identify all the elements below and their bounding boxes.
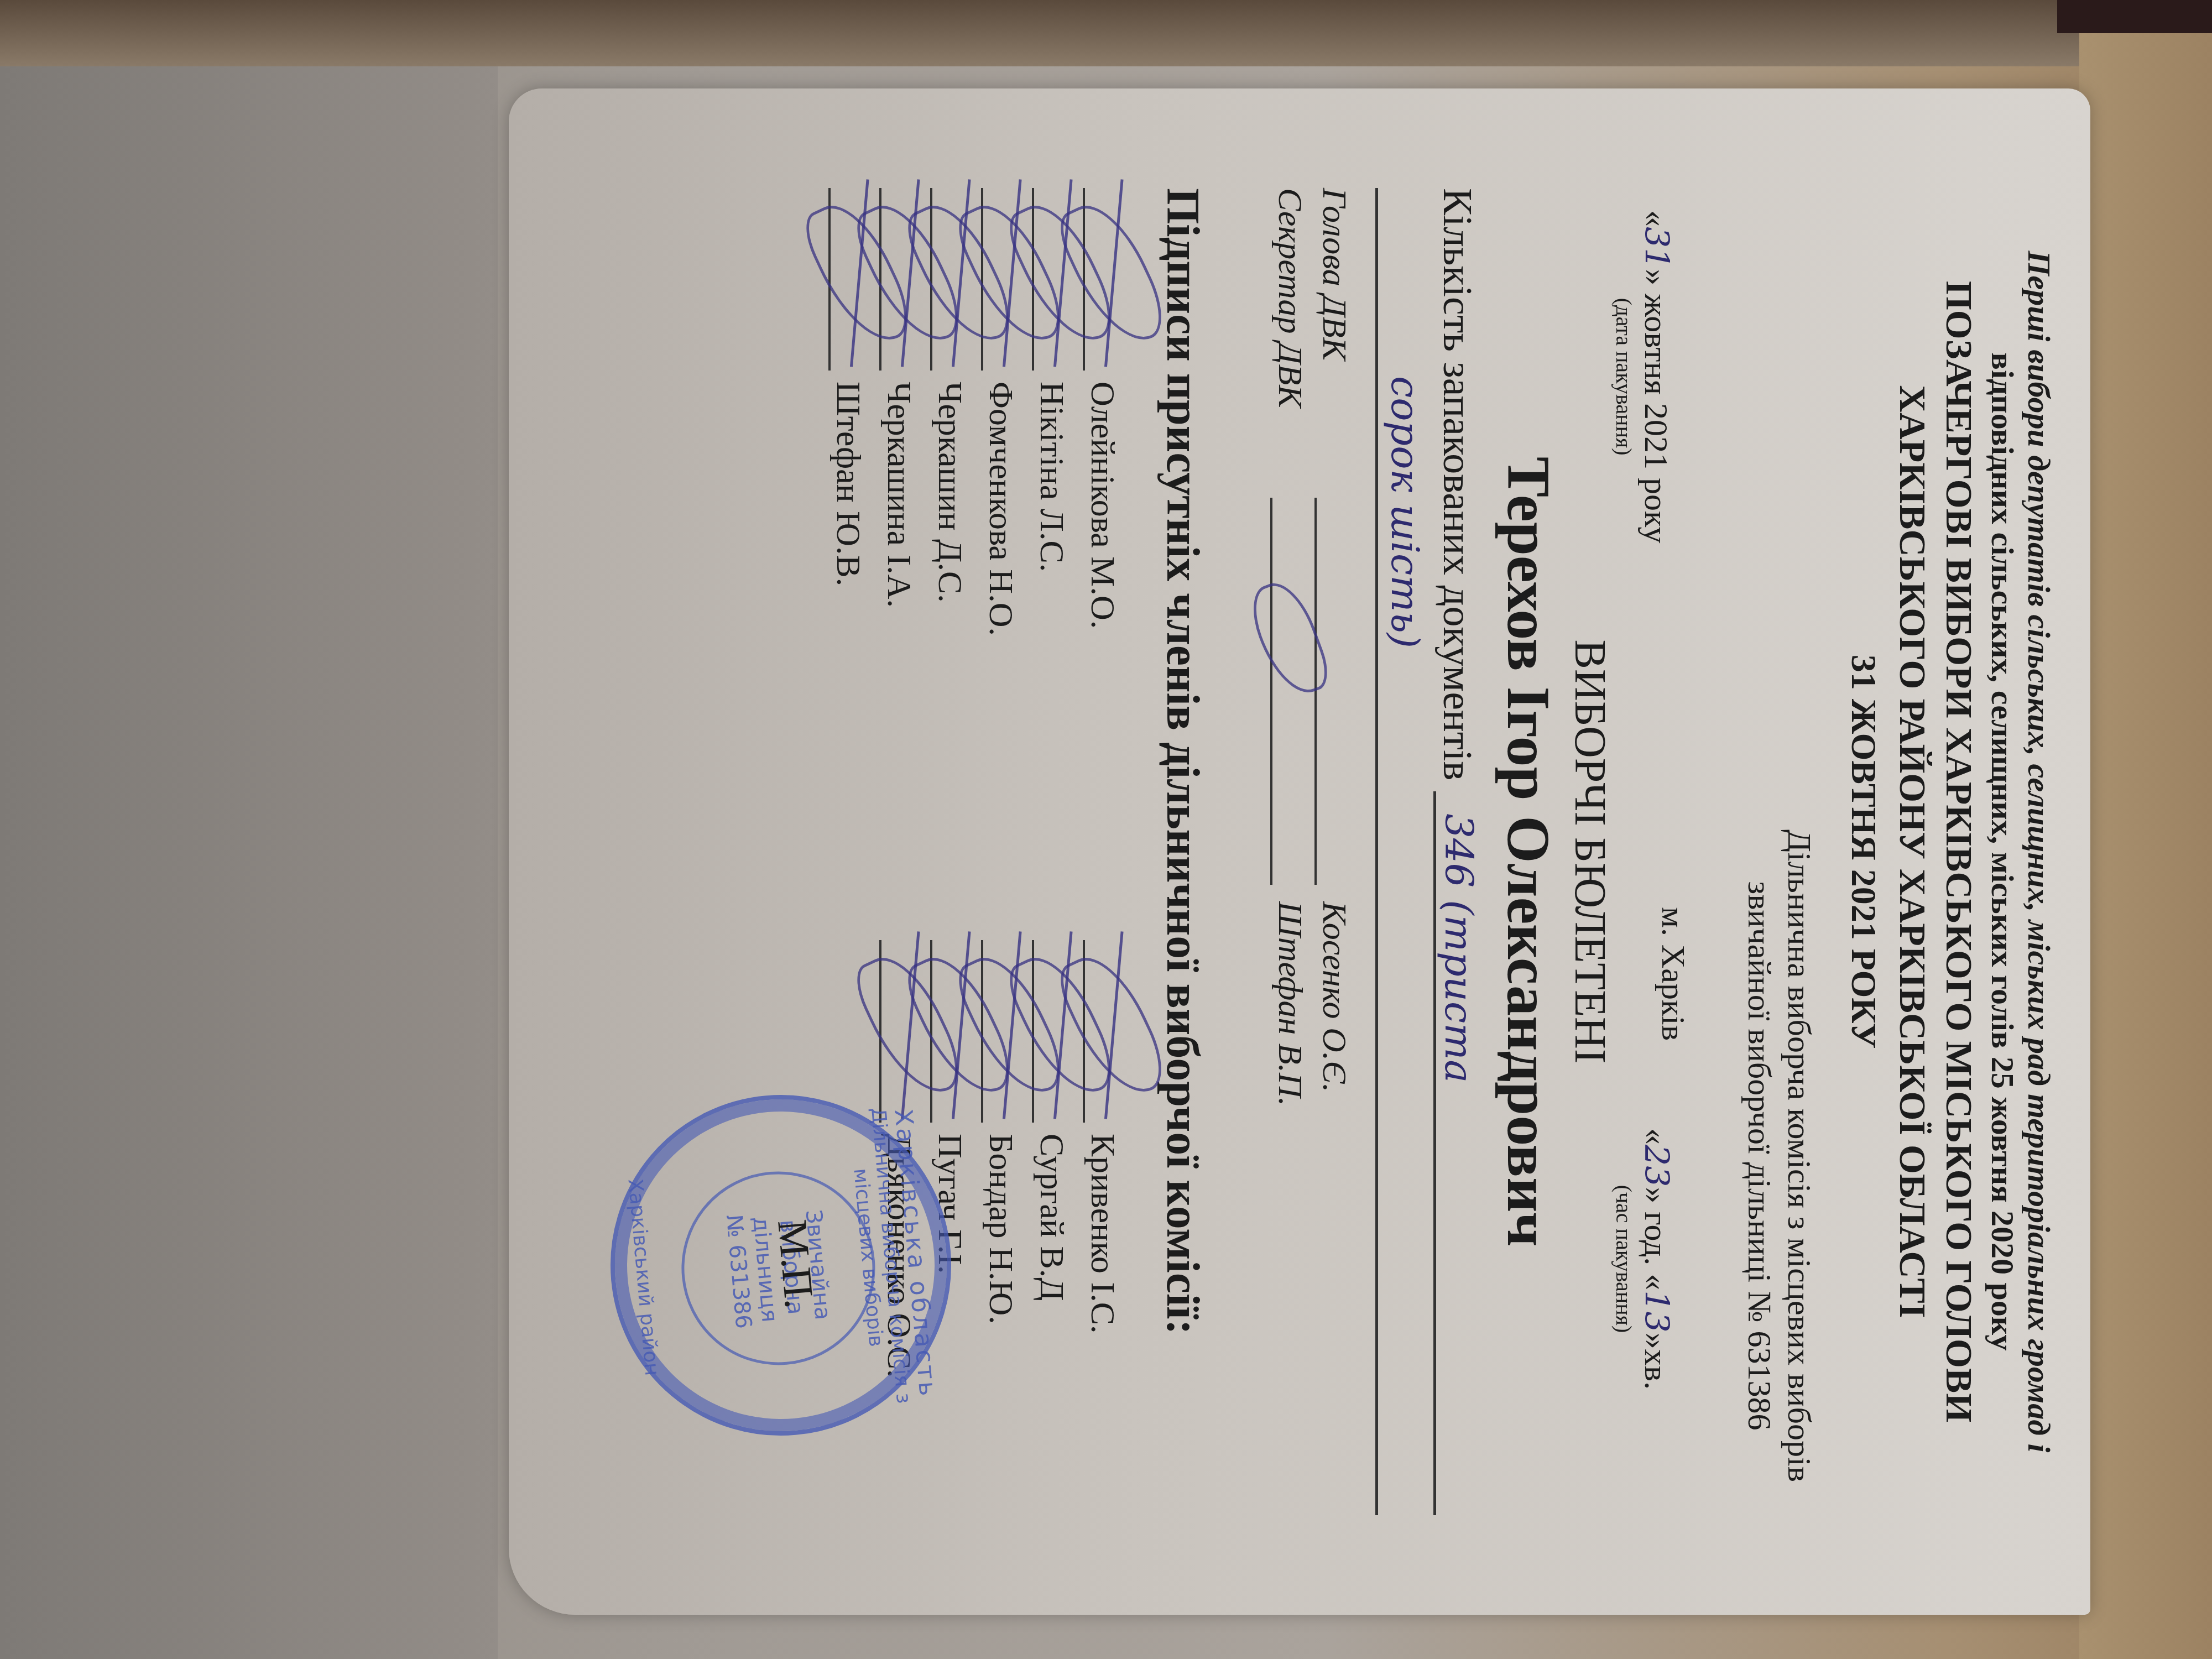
member-name: Нікітіна Л.С.	[1032, 382, 1071, 572]
header-line-1: Перші вибори депутатів сільських, селищн…	[2021, 188, 2057, 1515]
member-name: Фомченкова Н.О.	[981, 382, 1020, 636]
plastic-wrap-left	[0, 66, 498, 1659]
time-minute-label: хв.	[1638, 1349, 1674, 1390]
member-name: Бондар Н.Ю.	[981, 1134, 1020, 1324]
time-hour-handwritten: 23	[1637, 1145, 1676, 1187]
date-caption: (дата пакування)	[1611, 210, 1637, 543]
officer-name: Косенко О.Є.	[1314, 901, 1354, 1092]
officer-role: Голова ДВК	[1314, 188, 1354, 498]
document-type-title: ВИБОРЧІ БЮЛЕТЕНІ	[1564, 188, 1615, 1515]
time-caption: (час пакування)	[1611, 1128, 1637, 1390]
document-body: Перші вибори депутатів сільських, селищн…	[828, 188, 2057, 1515]
document-count-continuation: сорок шість)	[1375, 188, 1428, 1515]
label-sheet: Перші вибори депутатів сільських, селищн…	[509, 88, 2090, 1615]
commission-name: Дільнична виборча комісія з місцевих виб…	[1740, 741, 1819, 1571]
official-stamp: Харківська область Дільнична виборча ком…	[596, 1081, 965, 1449]
city-label: м. Харків	[1654, 907, 1692, 1041]
date-text: » жовтня 2021 року	[1638, 269, 1674, 543]
header-line-4: ХАРКІВСЬКОГО РАЙОНУ ХАРКІВСЬКОЇ ОБЛАСТІ	[1891, 188, 1934, 1515]
officer-name: Штефан В.П.	[1270, 901, 1310, 1106]
date-day-handwritten: 31	[1637, 227, 1676, 269]
member-name: Сургай В.Д	[1032, 1134, 1071, 1301]
member-name: Штефан Ю.В.	[828, 382, 868, 586]
header-line-3: ПОЗАЧЕРГОВІ ВИБОРИ ХАРКІВСЬКОГО МІСЬКОГО…	[1938, 188, 1981, 1515]
members-title: Підписи присутніх членів дільничної вибо…	[1156, 188, 1209, 1515]
kraft-package	[2079, 33, 2212, 1659]
date-open-quote: «	[1638, 210, 1674, 227]
packing-time: «23» год. «13»хв. (час пакування)	[1611, 1128, 1676, 1390]
member-row: Штефан Ю.В.	[828, 188, 879, 763]
member-name: Черкашина І.А.	[879, 382, 919, 608]
time-hour-label: год.	[1638, 1212, 1674, 1265]
background-shadow	[2057, 0, 2212, 33]
document-count-label: Кількість запакованих документів	[1433, 188, 1480, 780]
members-column-left: Олейнікова М.О. Нікітіна Л.С. Фомченкова…	[828, 188, 1134, 763]
commission-line-2: звичайної виборчої дільниці № 631386	[1740, 741, 1780, 1571]
member-name: Черкашин Д.С.	[930, 382, 969, 603]
officer-role: Секретар ДВК	[1270, 188, 1310, 498]
member-name: Кривенко І.С.	[1083, 1134, 1122, 1334]
meta-row: Дільнична виборча комісія з місцевих виб…	[1637, 188, 1819, 1515]
header-line-2: відповідних сільських, селищних, міських…	[1984, 188, 2021, 1515]
time-minute-handwritten: 13	[1637, 1290, 1676, 1332]
packing-date: «31» жовтня 2021 року (дата пакування)	[1611, 210, 1676, 543]
stamp-ring-bottom: Харківський район	[618, 1111, 669, 1443]
signature-line	[1270, 498, 1306, 885]
document-count-row: Кількість запакованих документів 346 (тр…	[1433, 188, 1481, 1515]
officer-row-chair: Голова ДВК Косенко О.Є.	[1314, 188, 1359, 1515]
election-header: Перші вибори депутатів сільських, селищн…	[1984, 188, 2057, 1515]
signature-line	[828, 188, 869, 371]
commission-line-1: Дільнична виборча комісія з місцевих виб…	[1780, 741, 1819, 1571]
package-top	[0, 0, 2212, 66]
officers-block: Голова ДВК Косенко О.Є. Секретар ДВК Ште…	[1270, 188, 1359, 1515]
election-date: 31 ЖОВТНЯ 2021 РОКУ	[1841, 188, 1886, 1515]
candidate-name: Терехов Ігор Олександрович	[1493, 188, 1564, 1515]
label-sheet-container: Перші вибори депутатів сільських, селищн…	[509, 88, 2090, 1615]
signature-line	[1314, 498, 1350, 885]
document-count-handwritten: 346 (триста	[1433, 791, 1481, 1515]
member-name: Олейнікова М.О.	[1083, 382, 1122, 629]
officer-row-secretary: Секретар ДВК Штефан В.П.	[1270, 188, 1314, 1515]
